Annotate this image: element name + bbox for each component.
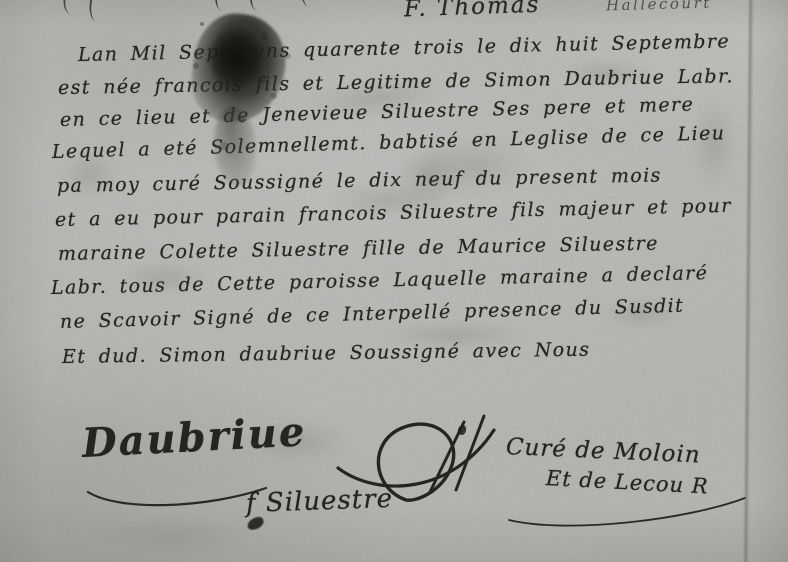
fold-crease (743, 0, 755, 562)
bleedthrough-smudge (90, 515, 250, 555)
manuscript-line-1: Lan Mil Sept cens quarente trois le dix … (78, 30, 730, 66)
header-corner-note: Hallecourt (606, 0, 712, 14)
manuscript-line-7: maraine Colette Siluestre fille de Mauri… (58, 233, 659, 265)
cut-off-stroke (247, 0, 263, 11)
signature-cure-title-line1: Curé de Moloin (505, 434, 701, 468)
manuscript-page: F. Thomas Hallecourt Lan Mil Sept cens q… (0, 0, 788, 562)
signature-daubriue: Daubriue (81, 408, 308, 467)
manuscript-line-5: pa moy curé Soussigné le dix neuf du pre… (57, 164, 662, 197)
cure-underline-flourish (505, 492, 750, 530)
cut-off-stroke (59, 0, 79, 16)
signature-siluestre: f Siluestre (245, 484, 393, 519)
manuscript-line-10: Et dud. Simon daubriue Soussigné avec No… (62, 339, 591, 368)
daubriue-underline-flourish (86, 484, 270, 514)
cut-off-stroke (85, 0, 106, 22)
header-name: F. Thomas (404, 0, 541, 22)
manuscript-line-9: ne Scavoir Signé de ce Interpellé presen… (60, 295, 685, 333)
manuscript-line-2: est née francois fils et Legitime de Sim… (58, 65, 734, 99)
ink-blot-spatter (200, 22, 204, 26)
manuscript-line-6: et a eu pour parain francois Siluestre f… (55, 195, 732, 231)
cut-off-stroke (299, 0, 313, 7)
cut-off-stroke (212, 0, 228, 11)
ink-speck (457, 424, 467, 436)
signature-cure-title-line2: Et de Lecou R (545, 466, 709, 498)
manuscript-line-8: Labr. tous de Cette paroisse Laquelle ma… (51, 262, 709, 299)
